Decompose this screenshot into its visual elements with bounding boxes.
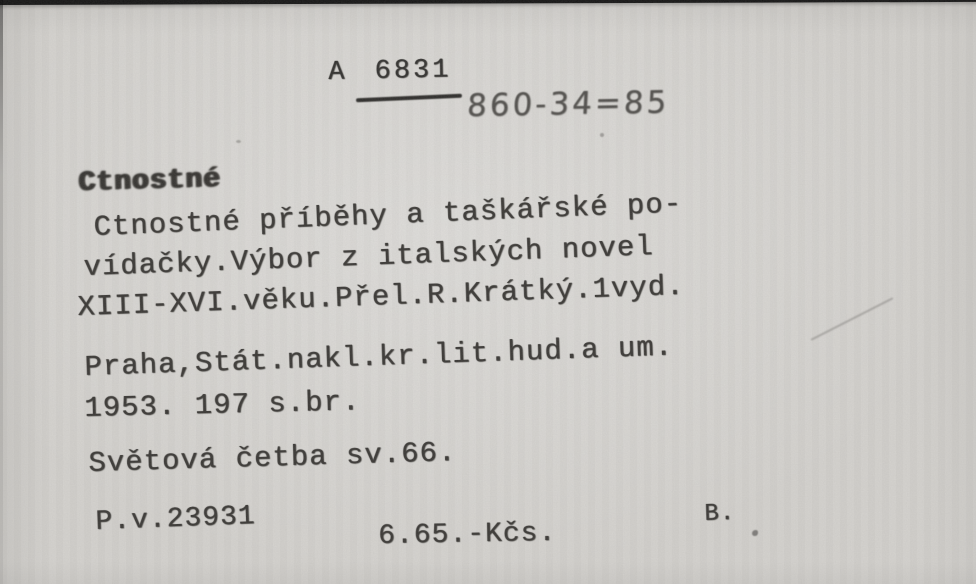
call-number: A 6831 xyxy=(328,55,452,88)
print-number: P.v.23931 xyxy=(95,501,256,538)
price: 6.65.-Kčs. xyxy=(378,518,557,552)
author-heading: Ctnostné xyxy=(78,164,221,199)
scan-top-edge xyxy=(0,0,976,5)
call-number-underline xyxy=(356,94,462,103)
catalog-card: A 6831 860-34=85 Ctnostné Ctnostné příbě… xyxy=(0,0,976,584)
classification-number: 860-34=85 xyxy=(466,84,670,124)
ink-speck xyxy=(752,530,758,536)
ink-speck xyxy=(236,140,241,143)
ink-speck xyxy=(600,133,604,137)
series-note: Světová četba sv.66. xyxy=(88,436,457,480)
imprint-line-1: Praha,Stát.nakl.kr.lit.hud.a um. xyxy=(84,330,674,384)
pencil-scratch xyxy=(811,297,894,341)
imprint-line-2: 1953. 197 s.br. xyxy=(84,385,361,425)
letter-mark: B. xyxy=(704,500,736,528)
scan-left-edge xyxy=(0,0,3,584)
